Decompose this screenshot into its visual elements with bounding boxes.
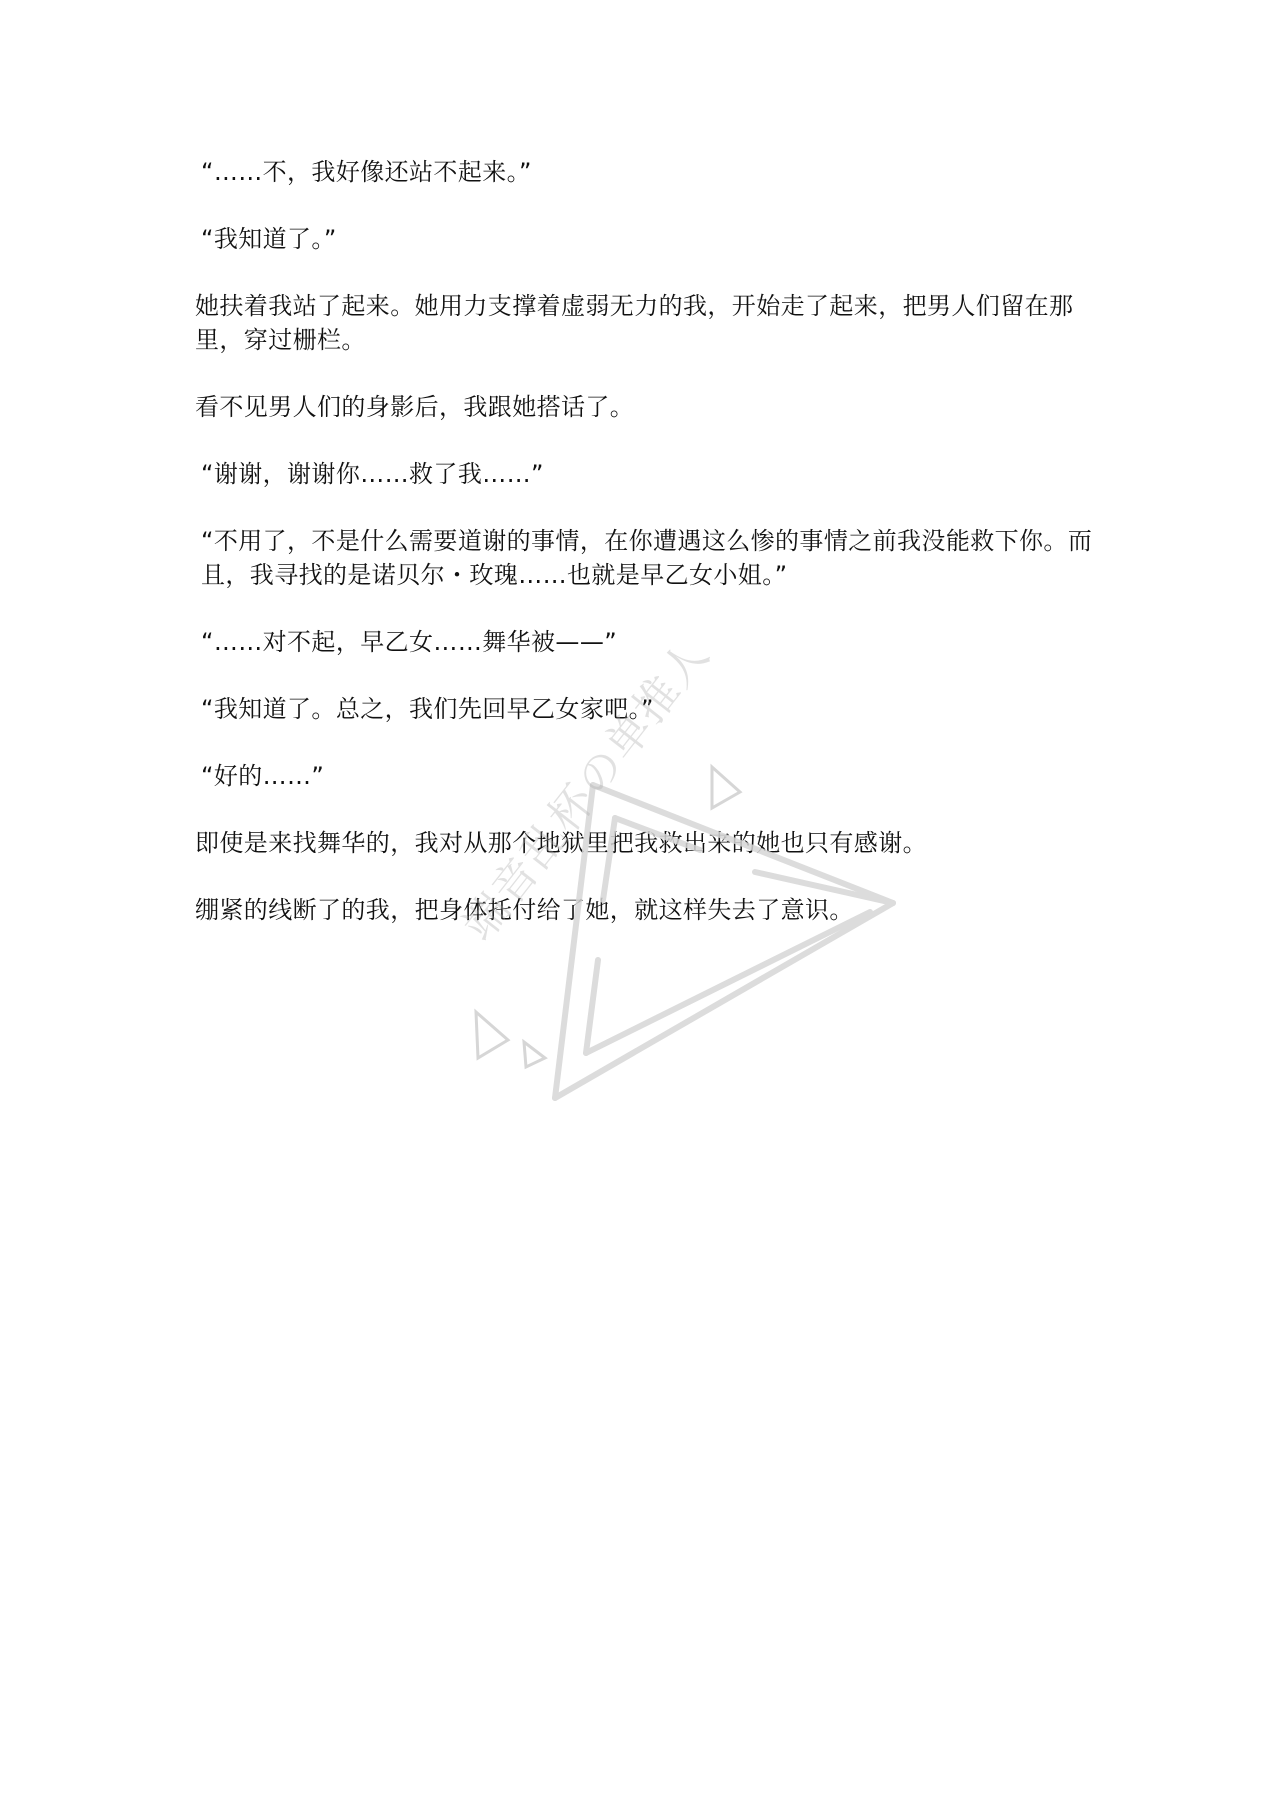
document-page: “……不，我好像还站不起来。” “我知道了。” 她扶着我站了起来。她用力支撑着虚… — [0, 0, 1280, 1810]
document-body: “……不，我好像还站不起来。” “我知道了。” 她扶着我站了起来。她用力支撑着虚… — [195, 155, 1100, 960]
paragraph-4: 看不见男人们的身影后，我跟她搭话了。 — [195, 390, 1100, 424]
paragraph-9: “好的……” — [195, 759, 1100, 793]
paragraph-11: 绷紧的线断了的我，把身体托付给了她，就这样失去了意识。 — [195, 893, 1100, 927]
paragraph-2: “我知道了。” — [195, 222, 1100, 256]
paragraph-1: “……不，我好像还站不起来。” — [195, 155, 1100, 189]
paragraph-8: “我知道了。总之，我们先回早乙女家吧。” — [195, 692, 1100, 726]
paragraph-10: 即使是来找舞华的，我对从那个地狱里把我救出来的她也只有感谢。 — [195, 826, 1100, 860]
paragraph-5: “谢谢，谢谢你……救了我……” — [195, 457, 1100, 491]
paragraph-6: “不用了，不是什么需要道谢的事情，在你遭遇这么惨的事情之前我没能救下你。而且，我… — [195, 524, 1100, 592]
paragraph-7: “……对不起，早乙女……舞华被——” — [195, 625, 1100, 659]
paragraph-3: 她扶着我站了起来。她用力支撑着虚弱无力的我，开始走了起来，把男人们留在那里，穿过… — [195, 289, 1100, 357]
